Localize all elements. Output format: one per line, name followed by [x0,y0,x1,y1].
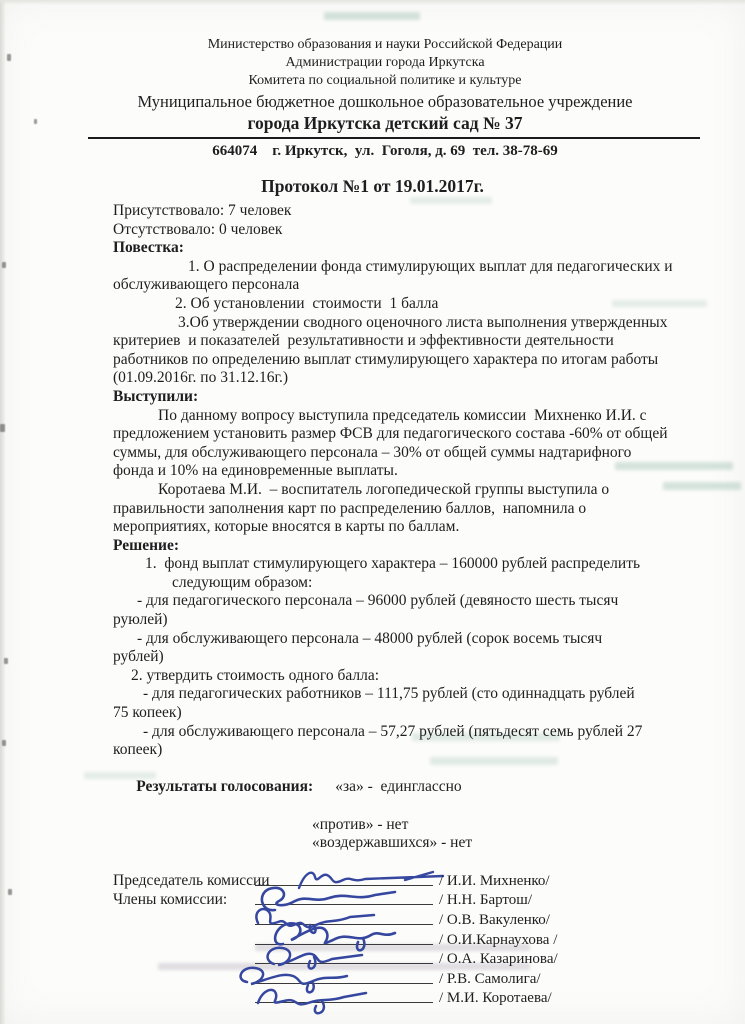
member-name: / Р.В. Самолига/ [439,970,541,989]
speech-paragraph-1: По данному вопросу выступила председател… [113,407,705,481]
letterhead: Министерство образования и науки Российс… [60,36,710,161]
agenda-item-2: 2. Об установлении стоимости 1 балла [113,295,705,314]
agenda-item-1: 1. О распределении фонда стимулирующих в… [113,258,705,295]
scanned-protocol-page: Министерство образования и науки Российс… [0,0,745,1024]
agenda-heading: Повестка: [113,239,705,258]
signature-line [255,944,433,945]
page-title: Протокол №1 от 19.01.2017г. [0,176,745,197]
signature-line [255,885,433,886]
scan-speck [7,54,11,61]
address-line: 664074 г. Иркутск, ул. Гоголя, д. 69 тел… [60,141,710,161]
ministry-line: Министерство образования и науки Российс… [60,36,710,54]
members-role-label: Члены комиссии: [113,891,227,910]
agenda-item-3: 3.Об утверждении сводного оценочного лис… [113,314,705,388]
member-name: / О.И.Карнаухова / [439,931,557,950]
scan-edge-shading [0,0,745,5]
administration-line: Администрации города Иркутска [60,54,710,72]
scan-speck [2,262,6,268]
decision-item-2: 2. утвердить стоимость одного балла: [113,667,705,686]
signature-row: Члены комиссии: / Н.Н. Бартош/ [113,891,705,911]
signature-row: / О.И.Карнаухова / [113,931,705,951]
scan-speck [34,119,37,124]
scan-speck [4,658,8,664]
signature-row: / О.А. Казаринова/ [113,950,705,970]
scan-edge-shading [0,0,6,1024]
member-name: / М.И. Коротаева/ [439,989,552,1008]
signature-line [255,963,433,964]
chairman-role-label: Председатель комиссии [113,872,270,891]
scan-speck [2,740,6,746]
voting-results-row: Результаты голосования:«за» - единглассн… [113,760,705,816]
signature-line [255,983,433,984]
decision-heading: Решение: [113,537,705,556]
member-name: / О.В. Вакуленко/ [439,911,550,930]
present-line: Присутствовало: 7 человек [113,202,705,221]
document-body: Присутствовало: 7 человек Отсутствовало:… [113,202,705,1009]
decision-item-1: 1. фонд выплат стимулирующего характера … [113,555,705,592]
signature-row: / О.В. Вакуленко/ [113,911,705,931]
signature-line [255,924,433,925]
scan-speck [0,424,5,432]
decision-item-1-sub-1: - для педагогического персонала – 96000 … [113,592,705,629]
signature-row: / М.И. Коротаева/ [113,989,705,1009]
speeches-heading: Выступили: [113,388,705,407]
member-name: / Н.Н. Бартош/ [439,891,532,910]
absent-line: Отсутствовало: 0 человек [113,221,705,240]
committee-line: Комитета по социальной политике и культу… [60,72,710,90]
institution-name: города Иркутска детский сад № 37 [60,112,710,134]
institution-type-line: Муниципальное бюджетное дошкольное образ… [60,91,710,112]
voting-for-value: «за» - единглассно [335,778,461,795]
signatures-block: Председатель комиссии / И.И. Михненко/ Ч… [113,872,705,1009]
signature-line [255,1002,433,1003]
signature-row: Председатель комиссии / И.И. Михненко/ [113,872,705,892]
decision-item-2-sub-2: - для обслуживающего персонала – 57,27 р… [113,723,705,760]
voting-abstained-value: «воздержавшихся» - нет [312,834,705,853]
decision-item-2-sub-1: - для педагогических работников – 111,75… [113,685,705,722]
speech-paragraph-2: Коротаева М.И. – воспитатель логопедичес… [113,481,705,537]
signature-row: / Р.В. Самолига/ [113,970,705,990]
decision-item-1-sub-2: - для обслуживающего персонала – 48000 р… [113,630,705,667]
voting-against-value: «против» - нет [312,816,705,835]
scan-speck [8,889,12,895]
chairman-name: / И.И. Михненко/ [439,872,550,891]
signature-line [255,904,433,905]
member-name: / О.А. Казаринова/ [439,950,558,969]
letterhead-divider [88,137,700,139]
bleedthrough-artifact [324,12,420,20]
voting-results-label: Результаты голосования: [136,778,335,797]
